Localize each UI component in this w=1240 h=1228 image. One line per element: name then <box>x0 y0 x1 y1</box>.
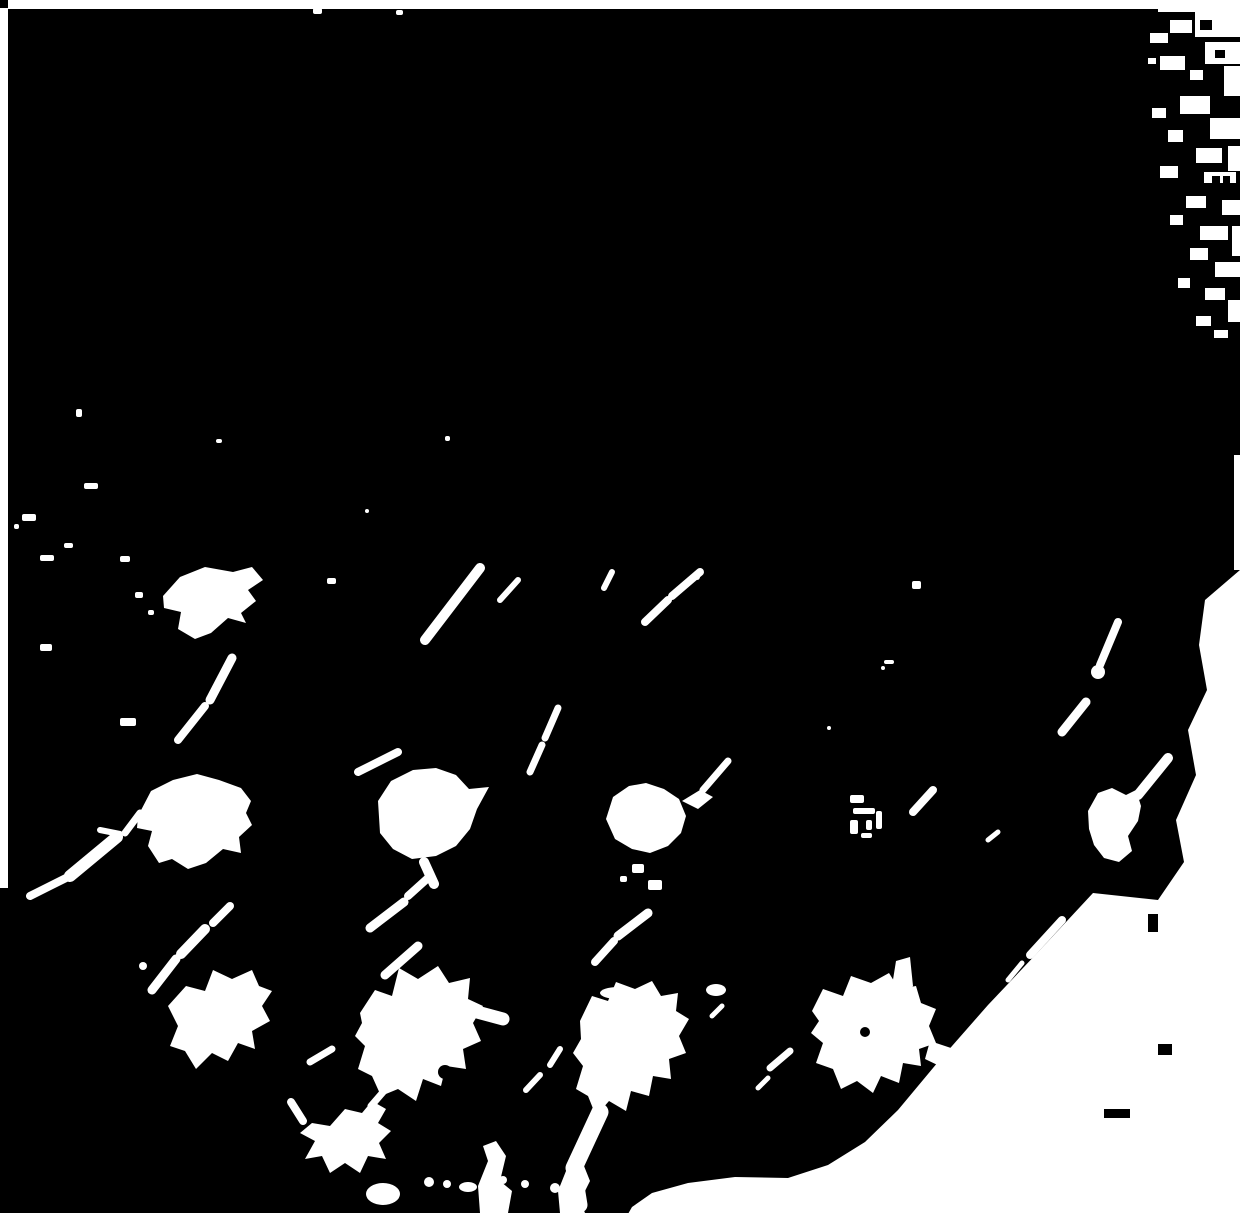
noise-patch <box>1186 196 1206 208</box>
dot <box>694 574 700 580</box>
right-edge-sliver <box>1234 455 1240 570</box>
noise-patch <box>1232 226 1240 256</box>
speck <box>120 718 136 726</box>
noise-patch <box>1205 288 1225 300</box>
black-hole <box>860 1027 870 1037</box>
oval-highlight <box>459 1182 477 1192</box>
speck <box>40 555 54 561</box>
noise-patch <box>1200 226 1228 240</box>
noise-patch <box>1228 146 1240 171</box>
dot <box>139 962 147 970</box>
speck <box>14 524 19 529</box>
dot <box>424 1177 434 1187</box>
speck <box>445 436 450 441</box>
speck <box>866 820 872 830</box>
speck <box>850 795 864 803</box>
black-mark <box>1148 914 1158 932</box>
noise-patch <box>1196 148 1222 163</box>
speck <box>881 666 885 670</box>
speck <box>76 409 82 417</box>
binarized-image-canvas <box>0 0 1240 1228</box>
border-strip <box>8 0 1240 9</box>
noise-patch <box>1170 215 1183 225</box>
speck <box>120 556 130 562</box>
speck <box>853 808 875 814</box>
speck <box>396 10 403 15</box>
speck <box>365 509 369 513</box>
noise-patch <box>1160 166 1178 178</box>
speck <box>850 820 858 834</box>
speck <box>884 660 894 664</box>
speck <box>861 833 872 838</box>
streak <box>574 1168 580 1205</box>
oval-highlight <box>600 987 636 999</box>
speck <box>912 581 921 589</box>
oval-highlight <box>366 1183 400 1205</box>
noise-patch <box>1160 56 1185 70</box>
speck <box>84 483 98 489</box>
noise-patch <box>1190 248 1208 260</box>
dot <box>1091 665 1105 679</box>
noise-patch <box>1196 316 1211 326</box>
border-strip <box>0 8 8 888</box>
speck <box>620 876 627 882</box>
speck <box>827 726 831 730</box>
noise-patch <box>1158 0 1240 12</box>
black-mark <box>1212 176 1220 187</box>
speck <box>22 514 36 521</box>
noise-patch <box>1210 118 1240 139</box>
noise-patch <box>1148 58 1156 64</box>
dot <box>550 1183 560 1193</box>
speck <box>64 543 73 548</box>
streak <box>477 1012 503 1019</box>
oval-highlight <box>706 984 726 996</box>
speck <box>648 880 662 890</box>
noise-patch <box>1178 278 1190 288</box>
speck <box>876 811 882 829</box>
noise-patch <box>1224 66 1240 96</box>
speck <box>135 592 143 598</box>
black-mark <box>1223 176 1230 187</box>
speck <box>327 578 336 584</box>
noise-patch <box>1168 130 1183 142</box>
speck <box>632 864 644 873</box>
speck <box>216 439 222 443</box>
noise-patch <box>1152 108 1166 118</box>
noise-patch <box>1180 96 1210 114</box>
dot <box>443 1180 451 1188</box>
black-mark <box>1200 20 1212 30</box>
speck <box>313 8 322 14</box>
noise-patch <box>1190 70 1203 80</box>
noise-patch <box>1170 20 1192 33</box>
noise-patch <box>1222 200 1240 215</box>
black-hole <box>438 1065 452 1079</box>
noise-patch <box>1214 330 1228 338</box>
black-mark <box>1104 1109 1130 1118</box>
black-mark <box>1215 50 1225 58</box>
black-mark <box>1158 1044 1172 1055</box>
noise-patch <box>1228 300 1240 322</box>
noise-patch <box>1150 33 1168 43</box>
speck <box>40 644 52 651</box>
binarized-photo-figure <box>0 0 1240 1228</box>
noise-patch <box>1215 262 1240 277</box>
dot <box>521 1180 529 1188</box>
speck <box>148 610 154 615</box>
dot <box>499 1176 507 1184</box>
